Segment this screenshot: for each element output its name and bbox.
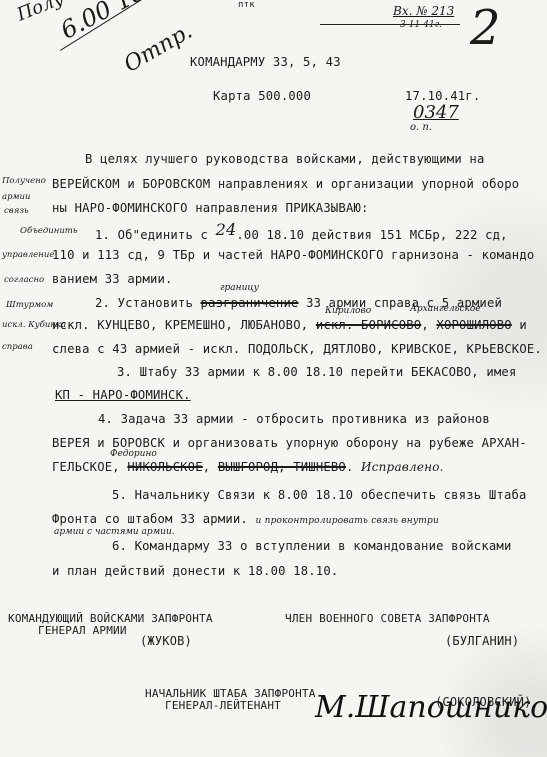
chief-name: (СОКОЛОВСКИЙ) <box>435 695 532 709</box>
item-1-handwritten-hour: 24 <box>216 220 237 239</box>
margin-note-3: связь <box>4 206 29 216</box>
item-5-handwritten-addition: и проконтролировать связь внутри <box>256 516 439 526</box>
council-title: ЧЛЕН ВОЕННОГО СОВЕТА ЗАПФРОНТА <box>285 612 490 625</box>
margin-note-6: согласно <box>4 275 44 285</box>
item-5-line-1: 5. Начальнику Связи к 8.00 18.10 обеспеч… <box>112 488 527 502</box>
item-5-handwritten-line-3: армии с частями армии. <box>54 527 175 537</box>
page-number: 2 <box>470 0 501 56</box>
document-date: 17.10.41г. <box>405 89 480 103</box>
intro-line-1: В целях лучшего руководства войсками, де… <box>85 152 485 166</box>
margin-note-5: управление <box>2 250 54 260</box>
item-5-line-2: Фронта со штабом 33 армии. и проконтроли… <box>52 512 439 526</box>
document-page: Получ. 6.00 18.10 Отпр. птк Вх. № 213 3-… <box>0 0 547 757</box>
intro-line-2: ВЕРЕЙСКОМ и БОРОВСКОМ направлениях и орг… <box>52 177 519 191</box>
item-6-line-1: 6. Командарму 33 о вступлении в командов… <box>112 539 512 553</box>
item-4-line-2: ВЕРЕЯ и БОРОВСК и организовать упорную о… <box>52 436 527 450</box>
commander-title-2: ГЕНЕРАЛ АРМИИ <box>38 624 127 637</box>
item-5-text-a: Фронта со штабом 33 армии. <box>52 512 248 526</box>
handwritten-sent-note: Отпр. <box>120 19 197 78</box>
chief-title-2: ГЕНЕРАЛ-ЛЕЙТЕНАНТ <box>165 699 281 712</box>
item-2-struck-a: искл. БОРИСОВО <box>316 318 422 332</box>
item-2-handwritten-correction: границу <box>220 283 259 293</box>
margin-note-8: искл. Кубинка <box>2 320 66 330</box>
item-4-text-c: . <box>346 460 361 474</box>
item-2-line-3: слева с 43 армией - искл. ПОДОЛЬСК, ДЯТЛ… <box>52 342 542 356</box>
item-3-line-2: КП - НАРО-ФОМИНСК. <box>55 388 191 402</box>
item-2-line-2-text-a: искл. КУНЦЕВО, КРЕМЕШНО, ЛЮБАНОВО, <box>52 318 316 332</box>
item-1-line-1: 1. Об"единить с 24.00 18.10 действия 151… <box>95 224 508 243</box>
incoming-date: 3-11-41г. <box>400 20 442 30</box>
council-name: (БУЛГАНИН) <box>445 634 519 648</box>
registration-number: 0347 <box>413 102 459 123</box>
margin-note-1: Получено <box>2 176 46 186</box>
top-center-mark: птк <box>238 0 255 10</box>
item-1-line-3: ванием 33 армии. <box>52 272 173 286</box>
item-2-text-a: 2. Установить <box>95 296 201 310</box>
item-2-handwritten-above-b: Архангельское <box>410 304 481 314</box>
item-4-line-1: 4. Задача 33 армии - отбросить противник… <box>98 412 490 426</box>
item-2-handwritten-above-a: Кирилово <box>325 306 371 316</box>
item-3-line-1: 3. Штабу 33 армии к 8.00 18.10 перейти Б… <box>117 365 517 379</box>
margin-note-4: Объединить <box>20 226 77 236</box>
item-1-text-a: 1. Об"единить с <box>95 228 216 242</box>
item-4-struck-b: ВЫШГОРОД, ТИШНЕВО <box>218 460 346 474</box>
registration-note: о. п. <box>410 122 432 133</box>
item-1-text-b: .00 18.10 действия 151 МСБр, 222 сд, <box>236 228 507 242</box>
item-6-line-2: и план действий донести к 18.00 18.10. <box>52 564 338 578</box>
margin-note-9: справа <box>2 342 33 352</box>
item-4-struck-a: НИКОЛЬСКОЕ <box>127 460 202 474</box>
addressee: КОМАНДАРМУ 33, 5, 43 <box>190 55 341 69</box>
item-4-line-3: ГЕЛЬСКОЕ, НИКОЛЬСКОЕ, ВЫШГОРОД, ТИШНЕВО.… <box>52 460 444 474</box>
item-1-line-2: 110 и 113 сд, 9 ТБр и частей НАРО-ФОМИНС… <box>52 248 534 262</box>
item-4-handwritten-note: Исправлено. <box>361 460 444 474</box>
item-2-line-2-text-c: и <box>512 318 527 332</box>
intro-line-3: ны НАРО-ФОМИНСКОГО направления ПРИКАЗЫВА… <box>52 201 369 215</box>
item-4-handwritten-above: Федорино <box>110 449 157 459</box>
item-2-struck-b: ХОРОШИЛОВО <box>436 318 511 332</box>
margin-note-7: Штурмом <box>6 300 53 310</box>
item-2-line-2-text-b: , <box>421 318 436 332</box>
item-4-text-a: ГЕЛЬСКОЕ, <box>52 460 127 474</box>
map-scale: Карта 500.000 <box>213 89 311 103</box>
incoming-number: Вх. № 213 <box>393 4 454 18</box>
margin-note-2: армии <box>2 192 31 202</box>
item-4-text-b: , <box>203 460 218 474</box>
item-2-line-2: искл. КУНЦЕВО, КРЕМЕШНО, ЛЮБАНОВО, искл.… <box>52 318 527 332</box>
item-2-struck-word: разграничение <box>201 296 299 310</box>
commander-name: (ЖУКОВ) <box>140 634 192 648</box>
